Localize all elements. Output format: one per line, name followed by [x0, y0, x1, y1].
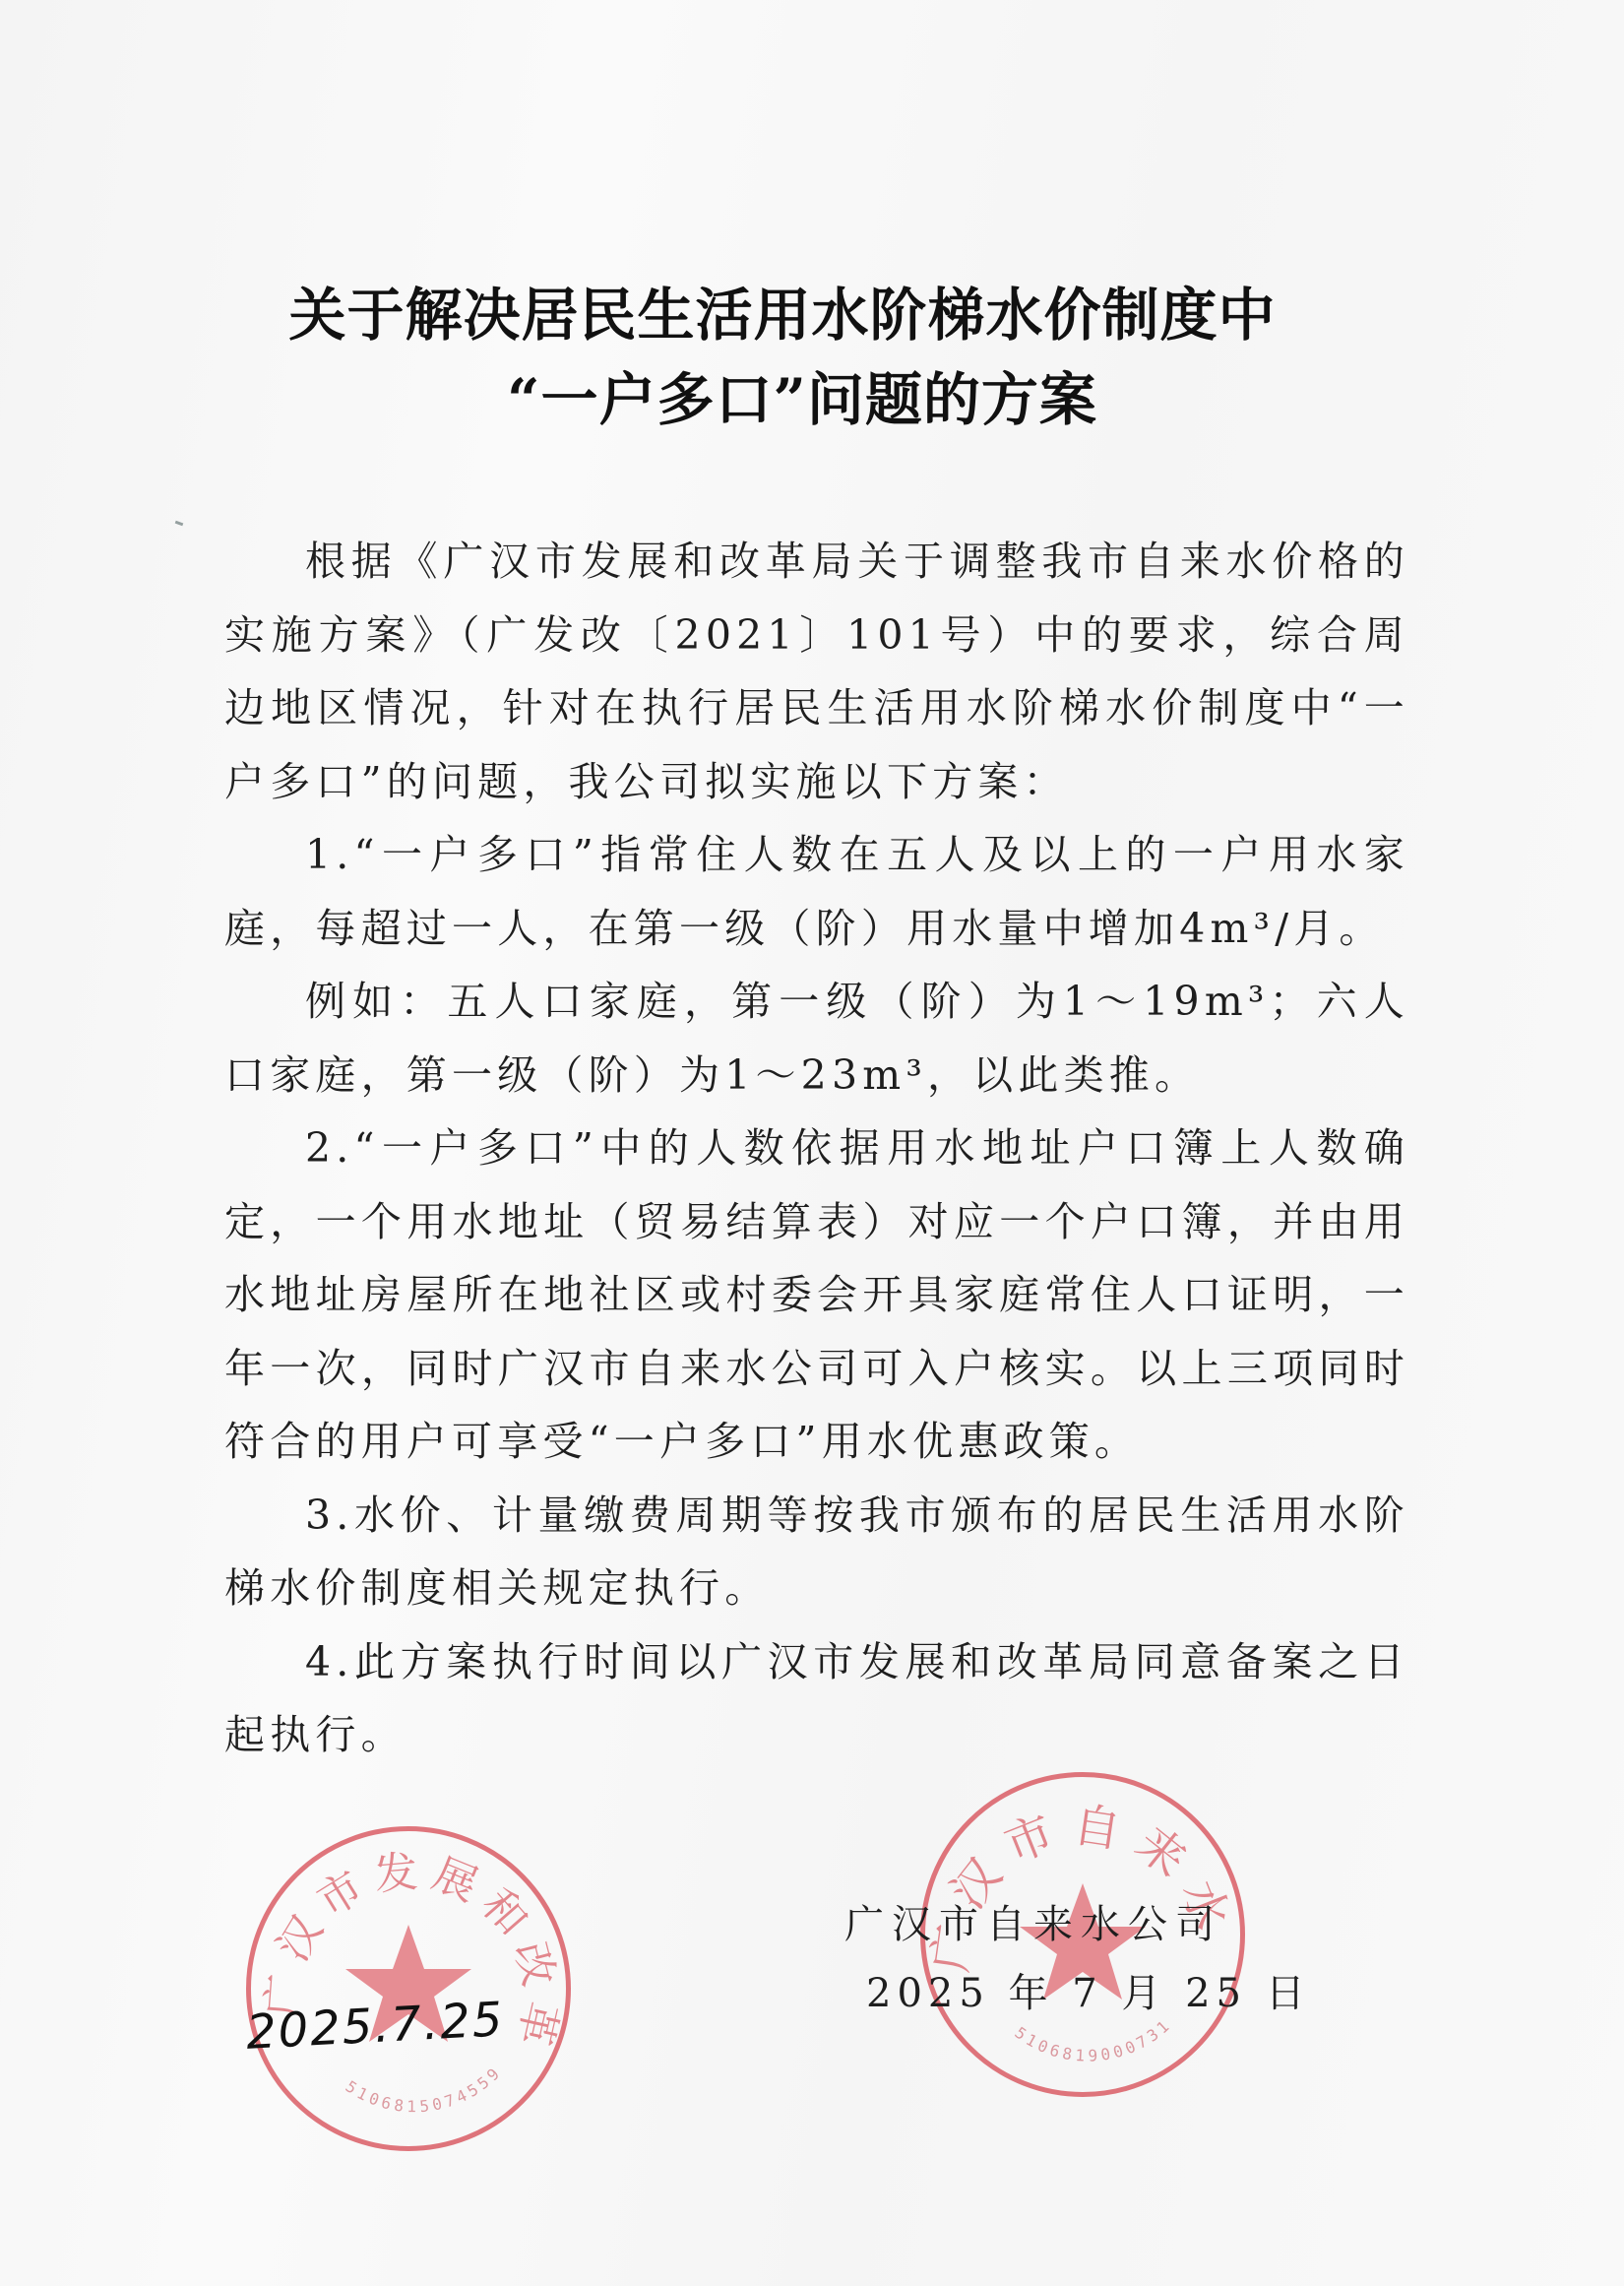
document-page: 关于解决居民生活用水阶梯水价制度中 “一户多口”问题的方案 根据《广汉市发展和改…	[0, 0, 1624, 2286]
document-title-line1: 关于解决居民生活用水阶梯水价制度中	[0, 279, 1594, 351]
paragraph-item-3: 3.水价、计量缴费周期等按我市颁布的居民生活用水阶梯水价制度相关规定执行。	[224, 1479, 1409, 1625]
svg-text:5106815074559: 5106815074559	[343, 2062, 506, 2116]
paragraph-item-4: 4.此方案执行时间以广汉市发展和改革局同意备案之日起执行。	[224, 1625, 1409, 1772]
signature-date: 2025 年 7 月 25 日	[866, 1969, 1311, 2018]
document-body: 根据《广汉市发展和改革局关于调整我市自来水价格的实施方案》（广发改〔2021〕1…	[224, 525, 1409, 1772]
paragraph-item-2: 2.“一户多口”中的人数依据用水地址户口簿上人数确定，一个用水地址（贸易结算表）…	[224, 1111, 1409, 1479]
signature-organization: 广汉市自来水公司	[844, 1900, 1222, 1949]
scan-speck	[175, 521, 184, 527]
document-title-line2: “一户多口”问题的方案	[0, 363, 1614, 436]
seal-star-icon: 广汉市发展和改革局 5106815074559	[251, 1831, 566, 2146]
paragraph-intro: 根据《广汉市发展和改革局关于调整我市自来水价格的实施方案》（广发改〔2021〕1…	[224, 525, 1409, 818]
paragraph-example: 例如：五人口家庭，第一级（阶）为1～19m³；六人口家庭，第一级（阶）为1～23…	[224, 965, 1409, 1111]
paragraph-item-1: 1.“一户多口”指常住人数在五人及以上的一户用水家庭，每超过一人，在第一级（阶）…	[224, 818, 1409, 965]
official-seal-reform-bureau: 广汉市发展和改革局 5106815074559	[246, 1826, 571, 2151]
svg-text:5106819000731: 5106819000731	[1011, 2014, 1175, 2065]
